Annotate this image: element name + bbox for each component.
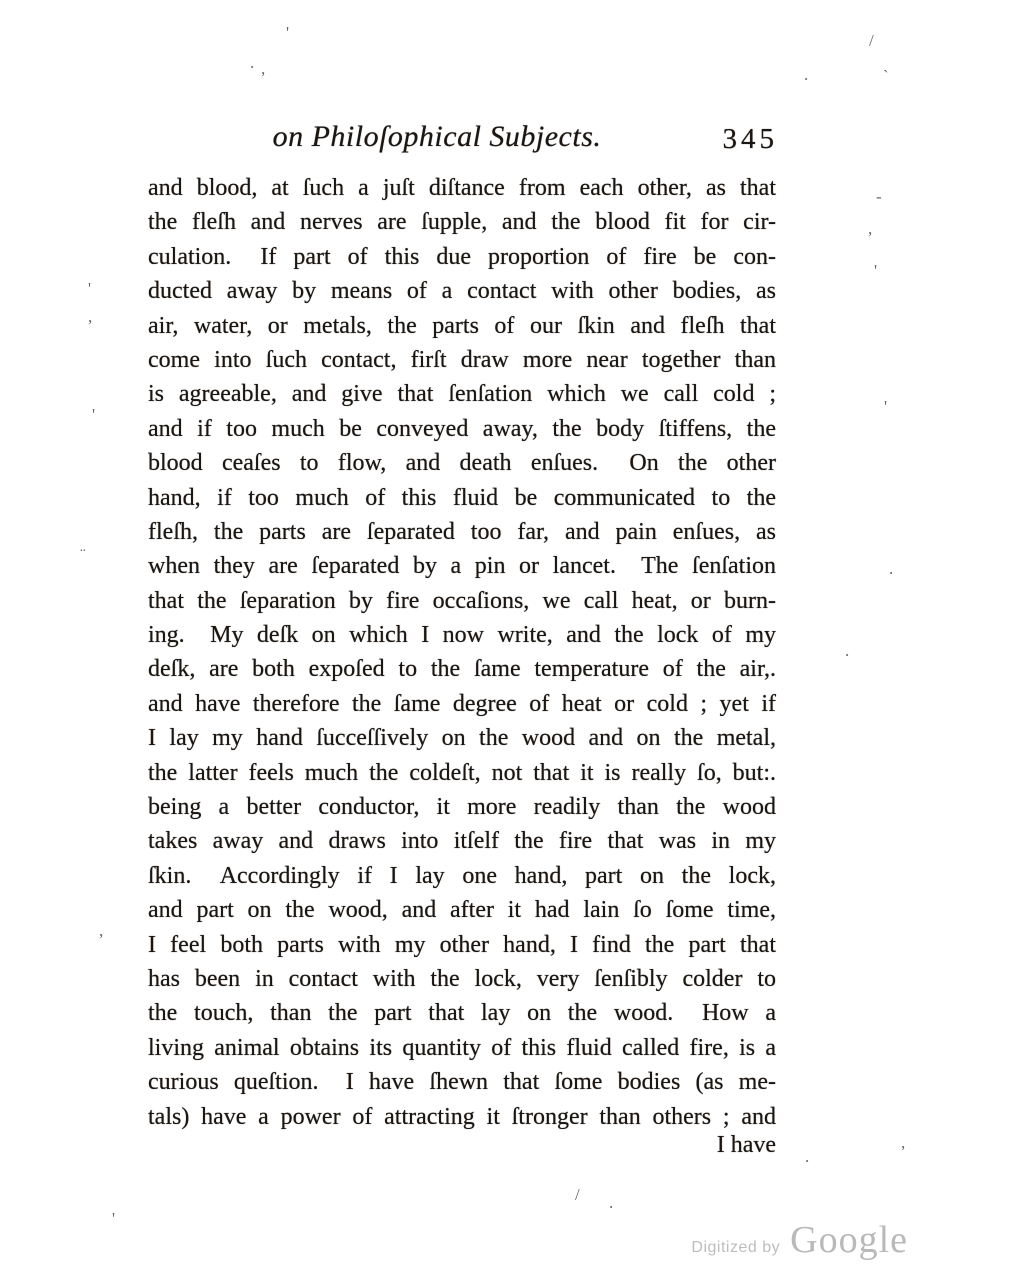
- scan-speck: .: [889, 560, 893, 577]
- text-line-content: tals) have a power of attracting it ſtro…: [148, 1104, 776, 1130]
- text-line-content: and have therefore the ſame degree of he…: [148, 691, 776, 717]
- body-text: and blood, at ſuch a juſt diſtance from …: [148, 171, 776, 1134]
- text-line-content: ſkin. Accordingly if I lay one hand, par…: [148, 863, 776, 889]
- text-line-content: blood ceaſes to flow, and death enſues. …: [148, 450, 776, 476]
- text-line: air, water, or metals, the parts of our …: [148, 309, 776, 343]
- scan-speck: ,: [868, 220, 872, 237]
- text-line: deſk, are both expoſed to the ſame tempe…: [148, 652, 776, 686]
- text-line-content: culation. If part of this due proportion…: [148, 244, 776, 270]
- text-line: is agreeable, and give that ſenſation wh…: [148, 377, 776, 411]
- catchword: I have: [148, 1132, 776, 1159]
- text-line: that the ſeparation by fire occaſions, w…: [148, 584, 776, 618]
- scan-speck: .: [845, 642, 849, 659]
- text-line-content: has been in contact with the lock, very …: [148, 966, 776, 992]
- text-line: tals) have a power of attracting it ſtro…: [148, 1100, 776, 1134]
- book-page: on Philoſophical Subjects. 345 and blood…: [0, 0, 1014, 1282]
- text-line: fleſh, the parts are ſeparated too far, …: [148, 515, 776, 549]
- text-line: come into ſuch contact, firſt draw more …: [148, 343, 776, 377]
- text-line: curious queſtion. I have ſhewn that ſome…: [148, 1065, 776, 1099]
- scan-speck: ': [88, 280, 91, 297]
- google-logo: Google: [790, 1218, 908, 1262]
- text-line-content: being a better conductor, it more readil…: [148, 794, 776, 820]
- text-line: takes away and draws into itſelf the fir…: [148, 824, 776, 858]
- text-line: has been in contact with the lock, very …: [148, 962, 776, 996]
- text-line: when they are ſeparated by a pin or lanc…: [148, 549, 776, 583]
- scan-speck: ': [112, 1210, 115, 1227]
- text-line-content: and blood, at ſuch a juſt diſtance from …: [148, 175, 776, 201]
- text-line-content: the latter feels much the coldeſt, not t…: [148, 760, 776, 786]
- text-line-content: the touch, than the part that lay on the…: [148, 1000, 776, 1026]
- scan-speck: .: [804, 66, 808, 83]
- scan-speck: ¨: [80, 546, 86, 563]
- text-line: I feel both parts with my other hand, I …: [148, 928, 776, 962]
- scan-speck: ': [874, 262, 877, 279]
- text-line-content: and part on the wood, and after it had l…: [148, 897, 776, 923]
- text-line: culation. If part of this due proportion…: [148, 240, 776, 274]
- text-line-content: fleſh, the parts are ſeparated too far, …: [148, 519, 776, 545]
- text-line: being a better conductor, it more readil…: [148, 790, 776, 824]
- scan-speck: `: [883, 68, 889, 85]
- scan-speck: ': [92, 406, 95, 423]
- text-line: I lay my hand ſucceſſively on the wood a…: [148, 721, 776, 755]
- text-line-content: the fleſh and nerves are ſupple, and the…: [148, 209, 776, 235]
- scan-speck: .: [805, 1148, 809, 1165]
- text-line-content: hand, if too much of this fluid be commu…: [148, 485, 776, 511]
- text-line-content: come into ſuch contact, firſt draw more …: [148, 347, 776, 373]
- text-line: ſkin. Accordingly if I lay one hand, par…: [148, 859, 776, 893]
- watermark: Digitized by Google: [691, 1218, 908, 1262]
- scan-speck: ,: [261, 60, 265, 77]
- text-line-content: is agreeable, and give that ſenſation wh…: [148, 381, 776, 407]
- scan-speck: ,: [99, 922, 103, 939]
- text-line-content: and if too much be conveyed away, the bo…: [148, 416, 776, 442]
- text-line: the touch, than the part that lay on the…: [148, 996, 776, 1030]
- text-line: and have therefore the ſame degree of he…: [148, 687, 776, 721]
- page-number: 345: [723, 123, 779, 156]
- scan-speck: .: [250, 54, 254, 71]
- scan-speck: .: [609, 1194, 613, 1211]
- text-line-content: curious queſtion. I have ſhewn that ſome…: [148, 1069, 776, 1095]
- text-line: the latter feels much the coldeſt, not t…: [148, 756, 776, 790]
- running-title: on Philoſophical Subjects.: [122, 120, 752, 154]
- scan-speck: -: [876, 188, 882, 205]
- text-line: and if too much be conveyed away, the bo…: [148, 412, 776, 446]
- text-line-content: when they are ſeparated by a pin or lanc…: [148, 553, 776, 579]
- text-line: hand, if too much of this fluid be commu…: [148, 481, 776, 515]
- scan-speck: /: [575, 1186, 580, 1203]
- scan-speck: ,: [901, 1134, 905, 1151]
- text-line: ing. My deſk on which I now write, and t…: [148, 618, 776, 652]
- text-line-content: takes away and draws into itſelf the fir…: [148, 828, 776, 854]
- text-line-content: air, water, or metals, the parts of our …: [148, 313, 776, 339]
- text-line: blood ceaſes to flow, and death enſues. …: [148, 446, 776, 480]
- scan-speck: ': [884, 398, 887, 415]
- text-line-content: ducted away by means of a contact with o…: [148, 278, 776, 304]
- text-line: and blood, at ſuch a juſt diſtance from …: [148, 171, 776, 205]
- scan-speck: ,: [88, 308, 92, 325]
- text-line: the fleſh and nerves are ſupple, and the…: [148, 205, 776, 239]
- text-line-content: deſk, are both expoſed to the ſame tempe…: [148, 656, 776, 682]
- text-line-content: I lay my hand ſucceſſively on the wood a…: [148, 725, 776, 751]
- page-header: on Philoſophical Subjects. 345: [148, 120, 778, 164]
- text-line: living animal obtains its quantity of th…: [148, 1031, 776, 1065]
- text-line: and part on the wood, and after it had l…: [148, 893, 776, 927]
- text-line-content: that the ſeparation by fire occaſions, w…: [148, 588, 776, 614]
- text-line-content: living animal obtains its quantity of th…: [148, 1035, 776, 1061]
- text-line: ducted away by means of a contact with o…: [148, 274, 776, 308]
- watermark-prefix: Digitized by: [691, 1239, 780, 1257]
- scan-speck: /: [869, 32, 874, 49]
- text-line-content: I feel both parts with my other hand, I …: [148, 932, 776, 958]
- text-line-content: ing. My deſk on which I now write, and t…: [148, 622, 776, 648]
- scan-speck: ': [286, 24, 289, 41]
